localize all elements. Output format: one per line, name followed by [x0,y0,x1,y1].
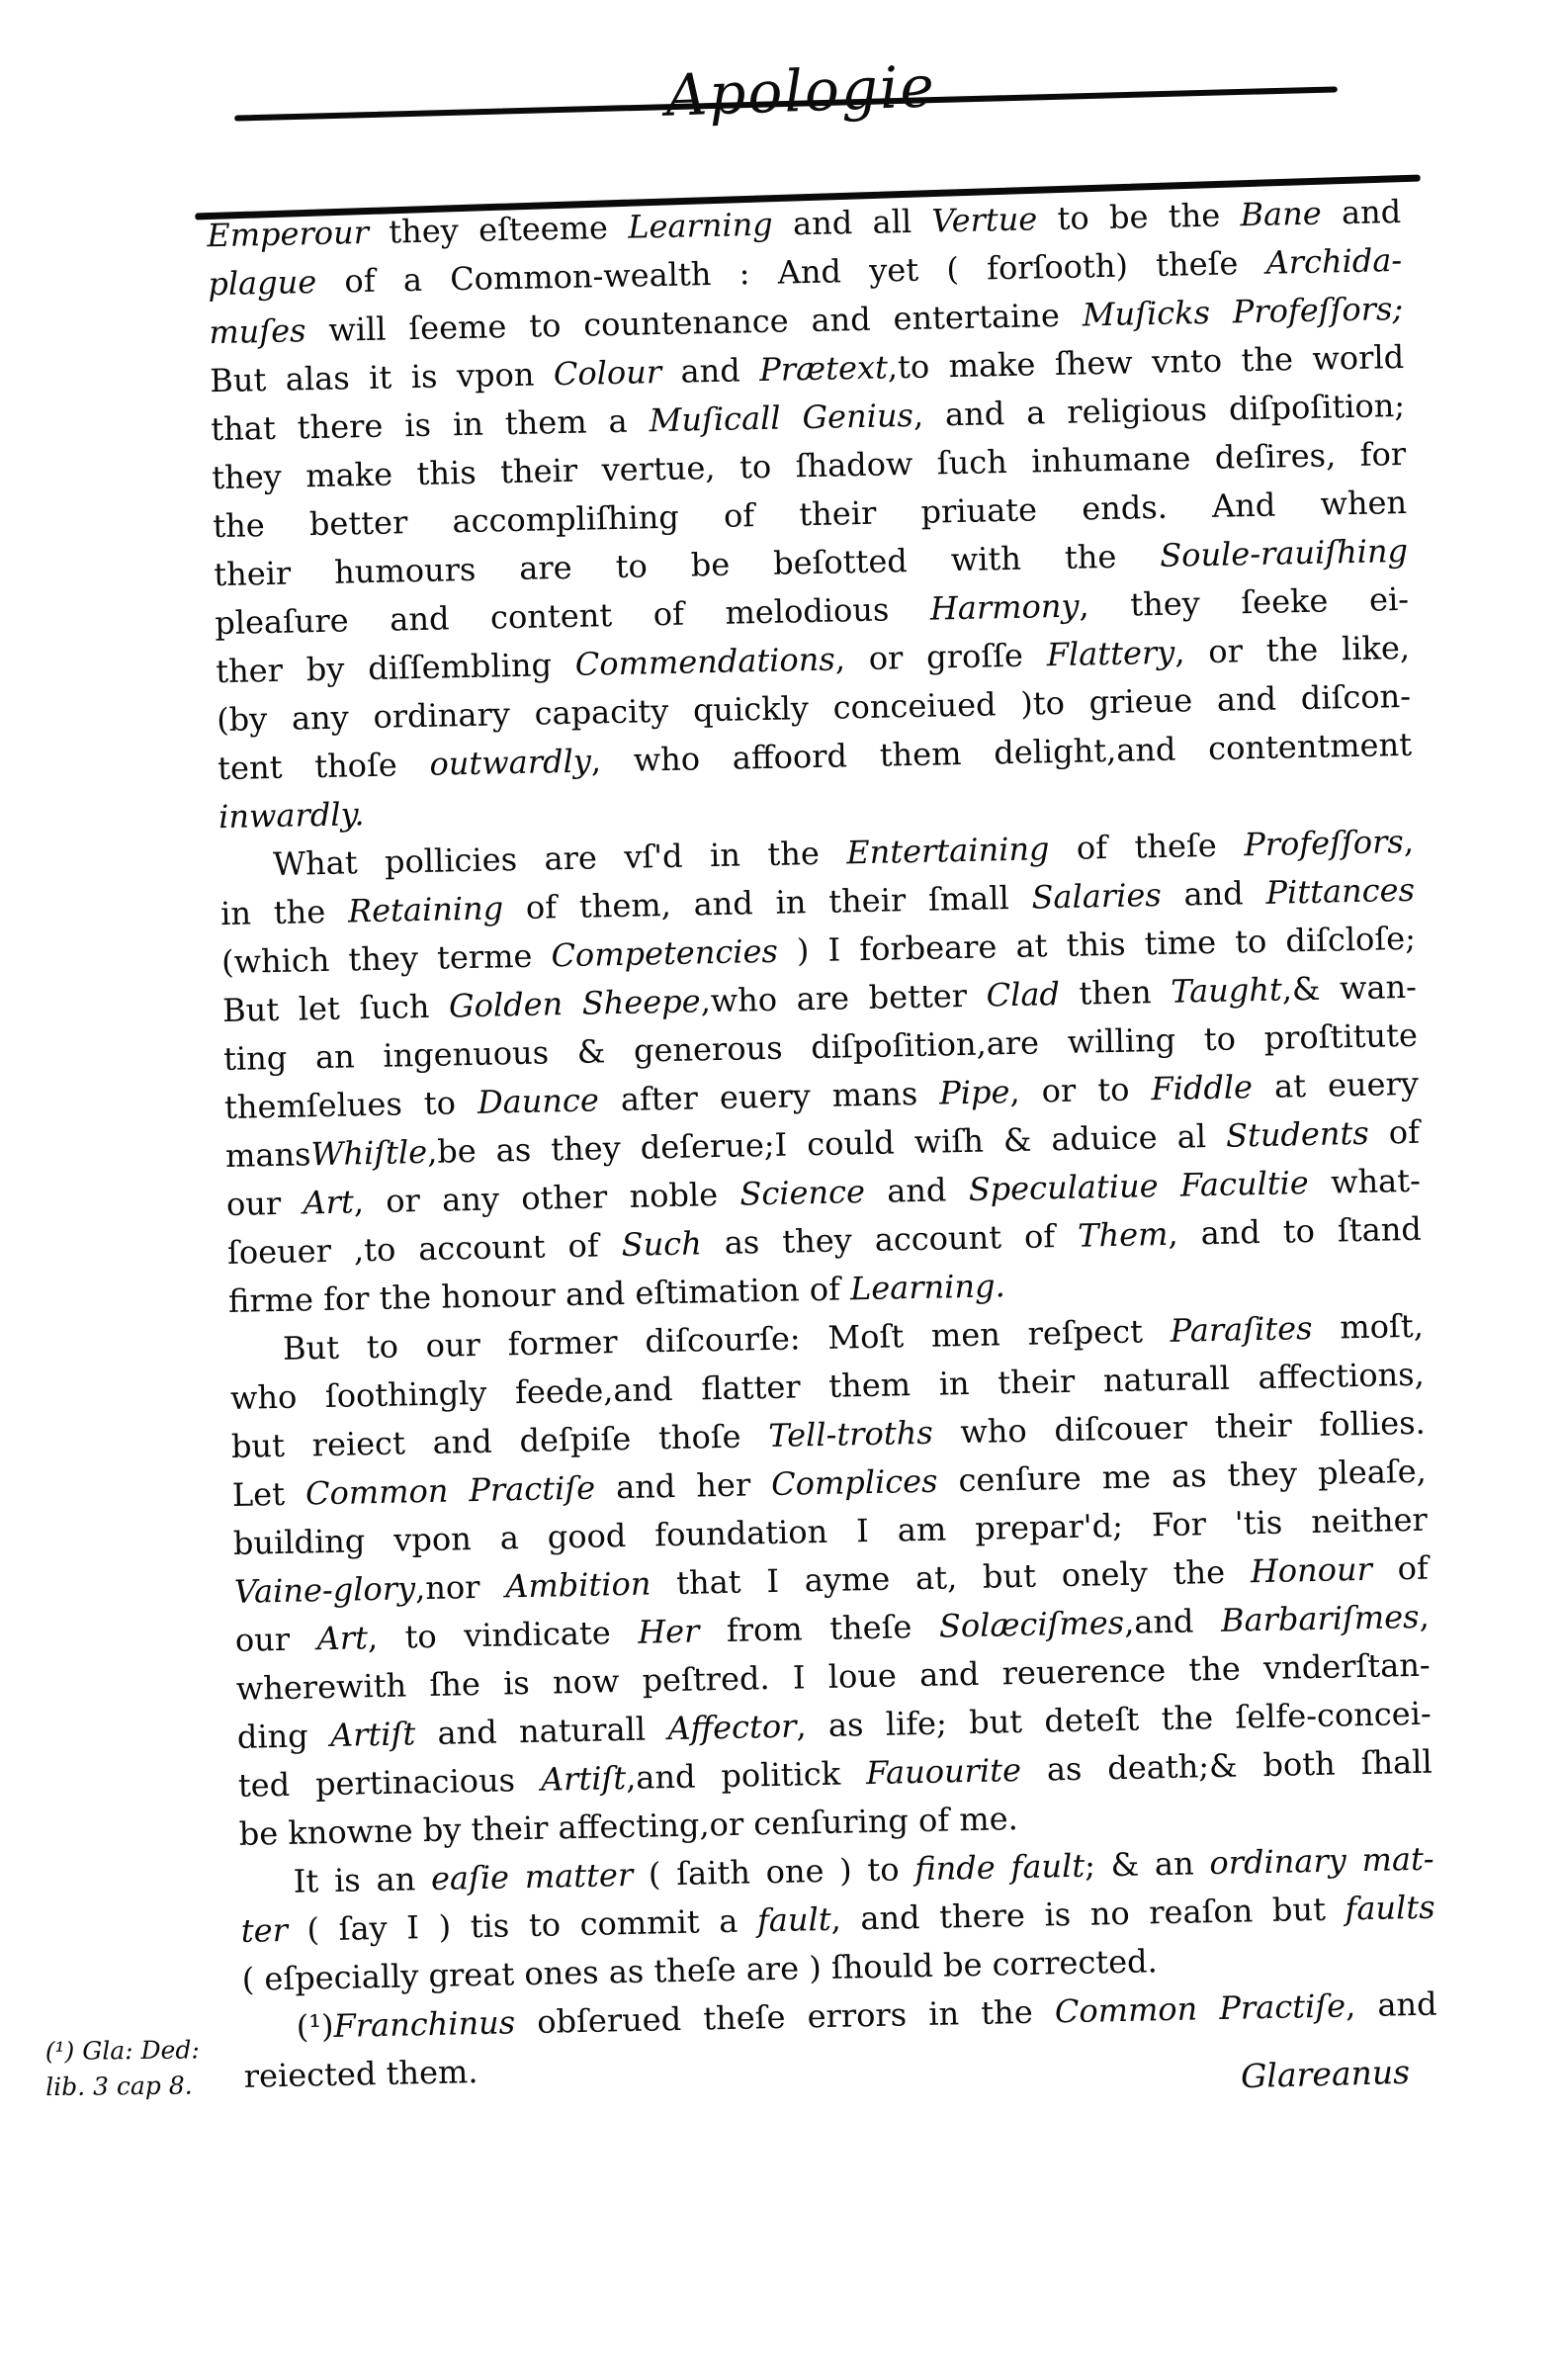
footnote-ref-line: (¹) Gla: Ded: [45,2032,248,2070]
text-segment: Golden Sheepe [449,982,701,1024]
text-segment: ſoeuer ,to account of [227,1226,622,1272]
footnote-margin-note: (¹) Gla: Ded: lib. 3 cap 8. [45,2032,249,2105]
text-segment: as they account of [701,1217,1078,1263]
text-segment: at euery [1253,1065,1420,1105]
text-segment: Harmony [930,587,1080,628]
text-segment: ordinary mat- [1209,1840,1434,1883]
text-segment: Science [739,1173,865,1213]
text-segment: , and there is no reaſon but [830,1890,1346,1937]
text-segment: (¹) [296,2007,334,2046]
text-segment: Commendations [574,641,835,683]
text-segment: Ambition [505,1564,651,1605]
text-segment: Pittances [1265,871,1415,912]
text-segment: Speculatiue Facultie [968,1164,1309,1208]
text-segment: Prætext [759,348,888,389]
text-segment: ,to make ſhew vnto the world [887,338,1404,386]
text-segment: and [1321,193,1401,232]
text-segment: ,and politick [626,1754,867,1797]
text-segment: plague [208,263,317,303]
text-segment: and [661,351,760,391]
text-segment: Art [316,1619,368,1657]
text-segment: ( ſaith one ) to [633,1850,915,1894]
text-segment: faults [1345,1889,1435,1928]
text-segment: Paraſites [1170,1309,1313,1350]
text-segment: of them, and in their ſmall [503,879,1032,927]
text-segment: Profeſſors [1244,823,1404,863]
text-segment: themſelues to [224,1084,478,1126]
text-segment: to be the [1037,196,1241,237]
text-segment: , or the like, [1174,629,1410,671]
text-segment: Learning [628,206,773,246]
text-segment: Vaine-glory [234,1569,416,1611]
text-segment: after euery mans [598,1075,939,1119]
text-segment: and naturall [415,1710,668,1752]
text-segment: , or to [1009,1070,1152,1110]
text-segment: ,& wan- [1281,968,1417,1009]
text-segment: they eſteeme [369,209,629,251]
text-segment: inwardly. [218,795,365,836]
text-segment: Complices [771,1462,938,1503]
text-segment: Flattery [1046,634,1174,674]
text-segment: Whiſtle [310,1133,427,1173]
text-segment: of theſe [1049,826,1245,867]
text-segment: Entertaining [846,830,1050,871]
text-block: Emperour they eſteeme Learning and all V… [207,188,1438,2101]
text-segment: Common Practiſe [1055,1986,1346,2030]
text-segment: and [865,1171,970,1210]
text-segment: Affector [667,1708,797,1748]
text-segment: , and [1346,1985,1437,2025]
text-segment: firme for the honour and eſtimation of [228,1270,851,1320]
text-segment: of [1371,1549,1429,1588]
footnote-cite-line: lib. 3 cap 8. [45,2068,248,2105]
text-segment: eaſie matter [431,1856,634,1897]
text-segment: ter [240,1911,288,1950]
text-segment: Fauourite [866,1751,1022,1792]
text-segment: who diſcouer their follies. [932,1404,1426,1452]
text-segment: and all [772,202,931,242]
text-segment: , [1419,1598,1430,1635]
text-segment: It is an [293,1860,431,1900]
text-segment: Art [303,1183,354,1221]
text-segment: But alas it is vpon [210,355,554,399]
text-segment: , as life; but deteſt the ſelfe-concei- [796,1695,1432,1745]
text-segment: , who affoord them delight,and contentme… [590,726,1412,780]
text-segment: Vertue [931,200,1038,239]
text-segment: ,nor [415,1567,506,1607]
text-segment: Honour [1250,1550,1372,1590]
text-segment: Artiſt [541,1759,627,1799]
text-segment: Let [232,1474,306,1513]
text-segment: but reiect and deſpiſe thoſe [231,1417,769,1465]
text-segment: obſerued theſe errors in the [515,1992,1056,2041]
text-segment: then [1060,973,1172,1013]
text-segment: What pollicies are vſ'd in the [273,834,847,883]
text-segment: , they ſeeke ei- [1079,580,1409,625]
text-segment: ,and [1124,1602,1222,1641]
text-segment: , to vindicate [367,1614,638,1656]
text-segment: , [1403,823,1414,860]
text-segment: finde fault [914,1847,1085,1888]
text-segment: tent thoſe [217,746,430,787]
text-segment: Taught [1171,971,1282,1011]
text-segment: Learning. [850,1267,1005,1307]
text-segment: ding [236,1717,330,1756]
book-page-scan: Apologie Emperour they eſteeme Learning … [0,0,1563,2380]
text-segment: ,who are better [700,977,987,1020]
text-segment: Colour [554,353,662,393]
text-segment: in the [220,892,349,932]
text-segment: mans [225,1135,311,1175]
text-segment: our [235,1620,317,1659]
text-segment: Barbariſmes [1221,1598,1420,1639]
running-head-title: Apologie [632,51,970,131]
text-segment: Pipe [939,1073,1010,1111]
text-segment: ted pertinacious [237,1761,541,1805]
text-segment: Soule-rauiſhing [1160,532,1408,574]
text-segment: Muſicks Profeſſors; [1082,290,1403,334]
text-segment: that there is in them a [211,401,650,448]
text-segment: ) I forbeare at this time to diſcloſe; [777,920,1416,970]
text-segment: what- [1308,1162,1421,1201]
text-segment: Salaries [1031,876,1162,917]
text-segment: Fiddle [1151,1068,1253,1107]
text-segment: from theſe [699,1608,939,1650]
text-segment: Muſicall Genius [649,397,913,439]
text-segment: Students [1226,1114,1369,1155]
text-segment: Bane [1240,195,1322,234]
catchword: Glareanus [1241,2053,1411,2095]
text-segment: Common Practiſe [305,1469,596,1513]
text-segment: , and to ſtand [1168,1210,1422,1253]
text-segment: and her [595,1465,772,1507]
text-segment: Them [1078,1215,1169,1255]
text-segment: ( ſay I ) tis to commit a [288,1901,758,1949]
text-segment: Archida- [1265,241,1402,282]
text-segment: muſes [209,311,306,351]
text-segment: Daunce [478,1081,600,1120]
text-segment: ther by diſſembling [216,646,575,690]
text-segment: reiected them. [243,2053,478,2095]
text-segment: Emperour [207,214,369,254]
text-segment: Artiſt [330,1715,416,1754]
text-segment: , and a religious diſpoſition; [913,387,1406,434]
text-segment: , or groſſe [834,636,1047,677]
text-segment: as death;& both ſhall [1021,1743,1433,1789]
text-segment: and [1161,874,1266,914]
text-segment: Her [638,1613,700,1651]
text-segment: outwardly [429,743,591,783]
text-segment: But let ſuch [222,987,450,1029]
text-segment: Clad [986,975,1060,1014]
text-segment: , or any other noble [353,1176,739,1221]
text-segment: Competencies [551,932,778,975]
text-segment: that I ayme at, but onely the [651,1552,1251,1602]
text-segment: Such [621,1224,702,1264]
text-segment: Retaining [348,889,504,929]
text-segment: our [226,1184,304,1223]
text-segment: (which they terme [221,936,552,981]
text-segment: of [1368,1113,1420,1152]
text-segment: Solæciſmes [939,1604,1125,1645]
text-segment: cenſure me as they pleaſe, [937,1453,1427,1500]
text-segment: pleaſure and content of melodious [215,590,930,643]
text-segment: fault [757,1900,831,1939]
text-segment: Franchinus [333,2003,515,2045]
text-segment: ; & an [1085,1844,1210,1885]
text-segment: Tell-troths [768,1414,933,1454]
text-segment: moſt, [1312,1307,1424,1347]
